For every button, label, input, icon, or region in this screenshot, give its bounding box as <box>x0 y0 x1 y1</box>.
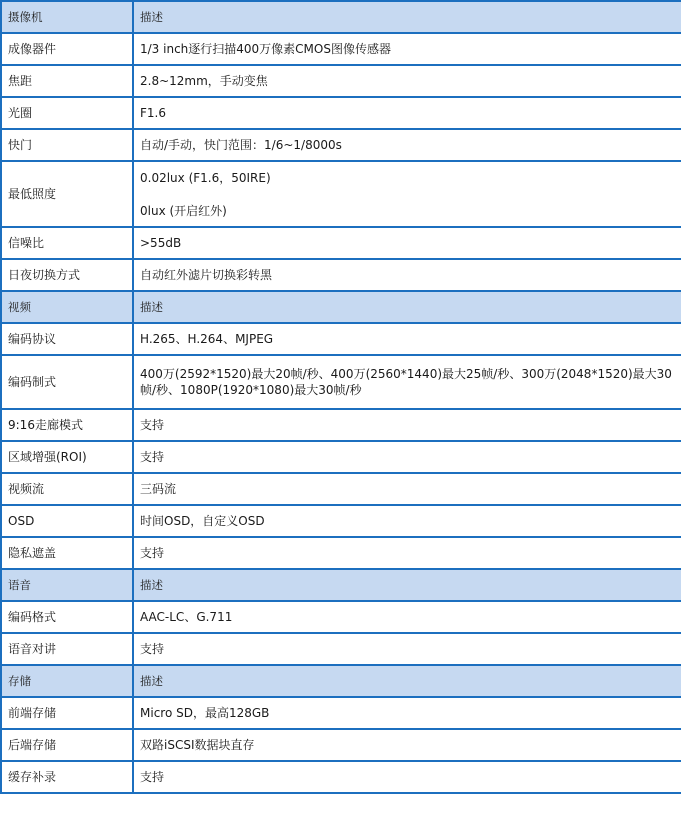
section-title: 存储 <box>1 665 133 697</box>
table-row: 成像器件 1/3 inch逐行扫描400万像素CMOS图像传感器 <box>1 33 681 65</box>
table-row: 最低照度 0.02lux (F1.6，50IRE) 0lux (开启红外) <box>1 161 681 227</box>
row-label: 编码制式 <box>1 355 133 409</box>
row-value: 1/3 inch逐行扫描400万像素CMOS图像传感器 <box>133 33 681 65</box>
row-value: 支持 <box>133 761 681 793</box>
row-value: 支持 <box>133 633 681 665</box>
row-label: 隐私遮盖 <box>1 537 133 569</box>
row-value: 自动红外滤片切换彩转黑 <box>133 259 681 291</box>
row-label: 编码协议 <box>1 323 133 355</box>
row-label: 后端存储 <box>1 729 133 761</box>
table-row: 信噪比 >55dB <box>1 227 681 259</box>
row-label: 日夜切换方式 <box>1 259 133 291</box>
row-label: 光圈 <box>1 97 133 129</box>
section-desc-header: 描述 <box>133 665 681 697</box>
table-row: 缓存补录 支持 <box>1 761 681 793</box>
table-row: 前端存储 Micro SD，最高128GB <box>1 697 681 729</box>
section-header-storage: 存储 描述 <box>1 665 681 697</box>
row-label: 前端存储 <box>1 697 133 729</box>
table-row: 日夜切换方式 自动红外滤片切换彩转黑 <box>1 259 681 291</box>
row-value: 三码流 <box>133 473 681 505</box>
row-label: 成像器件 <box>1 33 133 65</box>
table-row: 9:16走廊模式 支持 <box>1 409 681 441</box>
row-value: 支持 <box>133 537 681 569</box>
section-desc-header: 描述 <box>133 291 681 323</box>
row-value: 自动/手动，快门范围：1/6~1/8000s <box>133 129 681 161</box>
row-label: 快门 <box>1 129 133 161</box>
table-row: 编码格式 AAC-LC、G.711 <box>1 601 681 633</box>
table-row: 隐私遮盖 支持 <box>1 537 681 569</box>
row-label: 焦距 <box>1 65 133 97</box>
row-value: 2.8~12mm，手动变焦 <box>133 65 681 97</box>
row-value: H.265、H.264、MJPEG <box>133 323 681 355</box>
spec-table: 摄像机 描述 成像器件 1/3 inch逐行扫描400万像素CMOS图像传感器 … <box>0 0 681 794</box>
section-header-camera: 摄像机 描述 <box>1 1 681 33</box>
row-label: 语音对讲 <box>1 633 133 665</box>
section-header-video: 视频 描述 <box>1 291 681 323</box>
row-label: 区域增强(ROI) <box>1 441 133 473</box>
table-row: 焦距 2.8~12mm，手动变焦 <box>1 65 681 97</box>
row-value: AAC-LC、G.711 <box>133 601 681 633</box>
table-row: 快门 自动/手动，快门范围：1/6~1/8000s <box>1 129 681 161</box>
row-value: 双路iSCSI数据块直存 <box>133 729 681 761</box>
table-row: 视频流 三码流 <box>1 473 681 505</box>
row-label: 缓存补录 <box>1 761 133 793</box>
table-row: 编码制式 400万(2592*1520)最大20帧/秒、400万(2560*14… <box>1 355 681 409</box>
section-title: 语音 <box>1 569 133 601</box>
table-row: 编码协议 H.265、H.264、MJPEG <box>1 323 681 355</box>
table-row: 后端存储 双路iSCSI数据块直存 <box>1 729 681 761</box>
table-row: 语音对讲 支持 <box>1 633 681 665</box>
row-label: 编码格式 <box>1 601 133 633</box>
row-value: 支持 <box>133 409 681 441</box>
row-value: 时间OSD，自定义OSD <box>133 505 681 537</box>
row-label: 视频流 <box>1 473 133 505</box>
section-title: 视频 <box>1 291 133 323</box>
row-value-line: 0.02lux (F1.6，50IRE) <box>140 170 681 186</box>
table-row: 区域增强(ROI) 支持 <box>1 441 681 473</box>
row-label: 最低照度 <box>1 161 133 227</box>
row-value: 0.02lux (F1.6，50IRE) 0lux (开启红外) <box>133 161 681 227</box>
section-desc-header: 描述 <box>133 1 681 33</box>
row-value: 400万(2592*1520)最大20帧/秒、400万(2560*1440)最大… <box>133 355 681 409</box>
row-value: >55dB <box>133 227 681 259</box>
table-row: 光圈 F1.6 <box>1 97 681 129</box>
row-value: F1.6 <box>133 97 681 129</box>
section-header-audio: 语音 描述 <box>1 569 681 601</box>
row-value-line: 0lux (开启红外) <box>140 203 681 219</box>
row-value: 支持 <box>133 441 681 473</box>
section-title: 摄像机 <box>1 1 133 33</box>
row-value: Micro SD，最高128GB <box>133 697 681 729</box>
row-label: OSD <box>1 505 133 537</box>
table-row: OSD 时间OSD，自定义OSD <box>1 505 681 537</box>
row-label: 信噪比 <box>1 227 133 259</box>
section-desc-header: 描述 <box>133 569 681 601</box>
row-label: 9:16走廊模式 <box>1 409 133 441</box>
